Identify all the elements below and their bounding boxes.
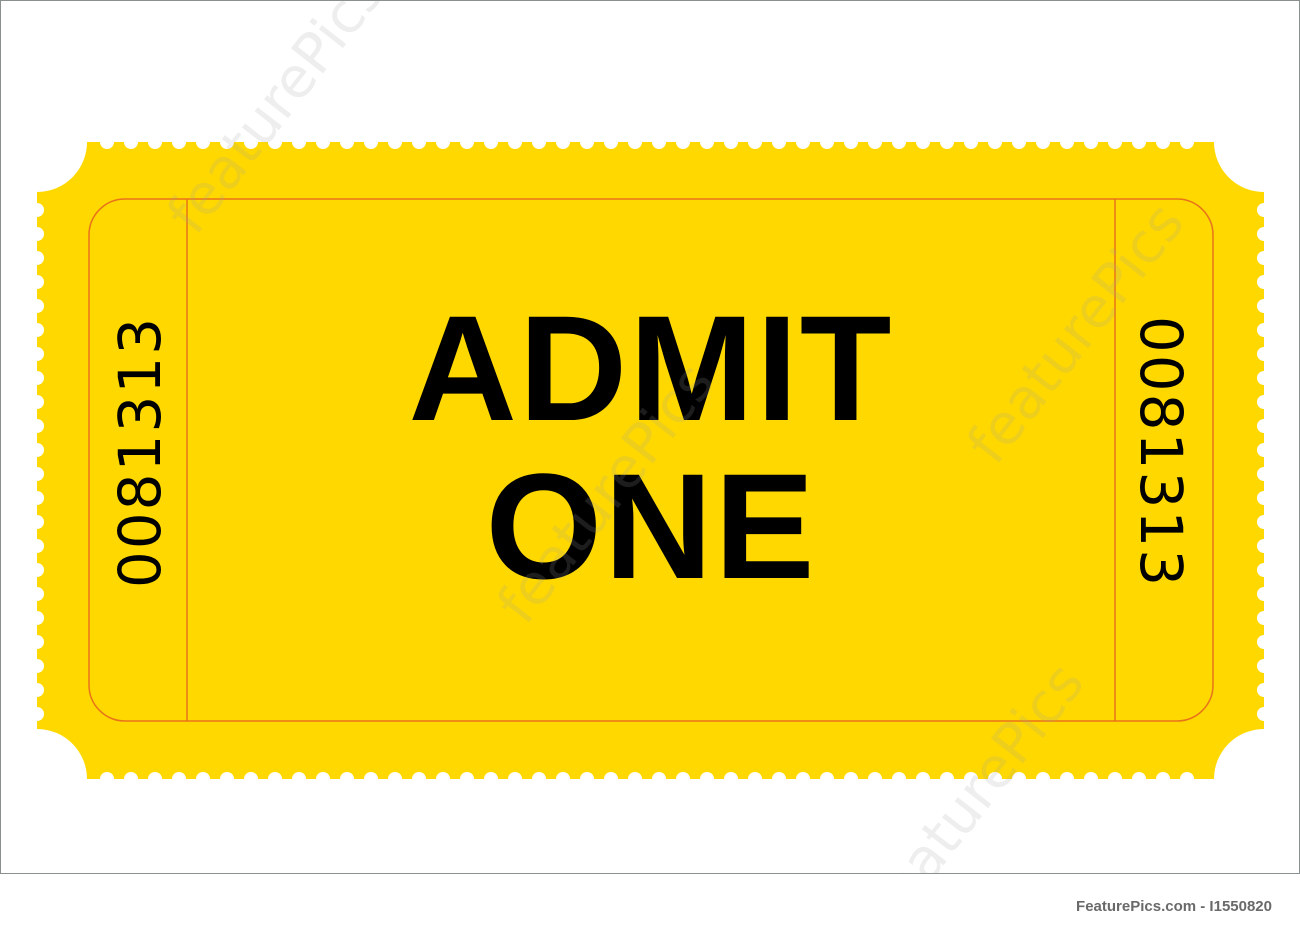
image-credit: FeaturePics.com - I1550820	[1076, 898, 1272, 915]
ticket-headline-one: ONE	[187, 451, 1115, 601]
serial-number-right: 0081313	[1132, 316, 1190, 588]
serial-number-left: 0081313	[111, 316, 169, 588]
image-frame: ADMIT ONE 0081313 0081313 featurePics fe…	[0, 0, 1300, 874]
ticket-headline-admit: ADMIT	[187, 293, 1115, 443]
